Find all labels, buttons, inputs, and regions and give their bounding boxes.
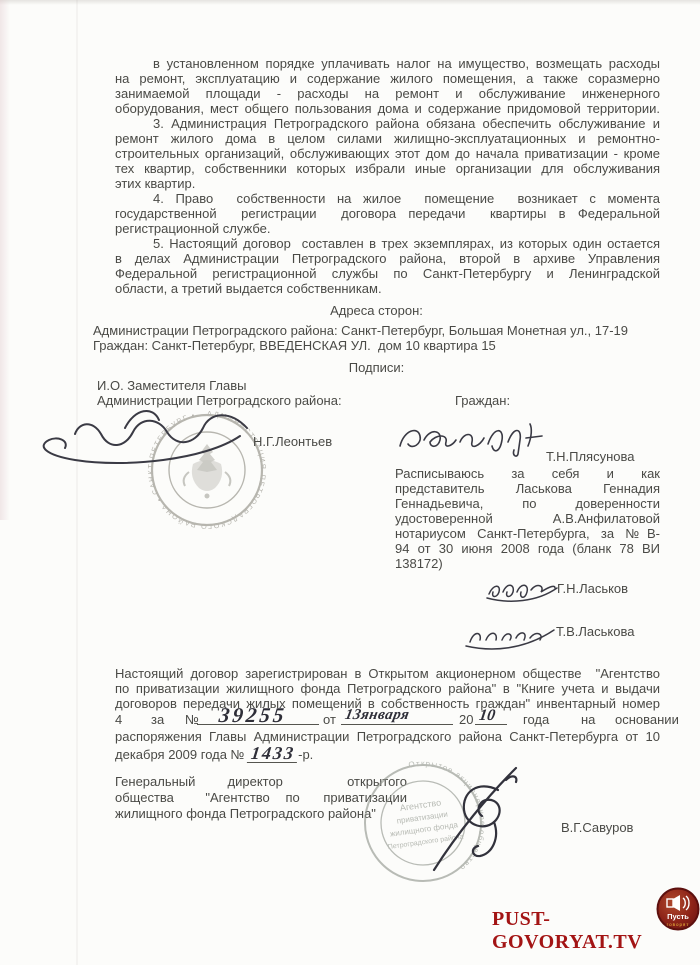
note-line: представитель Ласькова Геннадия bbox=[395, 481, 660, 496]
right-signatory-name-2: Г.Н.Ласьков bbox=[557, 581, 628, 596]
left-role-line: И.О. Заместителя Главы bbox=[97, 378, 397, 393]
clause-line: регистрационной службе. bbox=[115, 221, 660, 236]
clause-line: в делах Администрации Петроградского рай… bbox=[115, 251, 660, 266]
contract-clauses: в установленном порядке уплачивать налог… bbox=[115, 56, 660, 296]
addresses-heading: Адреса сторон: bbox=[93, 303, 660, 318]
handwritten-year: 10 bbox=[478, 707, 497, 725]
registration-line: распоряжения Главы Администрации Петрогр… bbox=[115, 729, 660, 744]
order-suffix: -р. bbox=[298, 747, 313, 762]
leontiev-signature bbox=[35, 398, 260, 478]
registration-line: по приватизации жилищного фонда Петрогра… bbox=[115, 681, 660, 696]
label-za: за bbox=[151, 712, 164, 727]
clause-line: тех квартир, собственники которых избрал… bbox=[115, 161, 660, 176]
handwritten-registration-number: 39255 bbox=[217, 703, 288, 728]
right-signatory-name-1: Т.Н.Плясунова bbox=[546, 449, 634, 464]
clause-line: в установленном порядке уплачивать налог… bbox=[115, 56, 660, 71]
registration-line-5-wrap: распоряжения Главы Администрации Петрогр… bbox=[115, 729, 660, 744]
note-line: удостоверенной А.В.Анфилатовой bbox=[395, 511, 660, 526]
note-line: нотариусом Санкт-Петербурга, за №В- bbox=[395, 526, 660, 541]
clause-line: Федеральной регистрационной службы по Са… bbox=[115, 266, 660, 281]
clause-line: ремонт жилого дома в целом силами жилищн… bbox=[115, 131, 660, 146]
signatures-heading-wrap: Подписи: bbox=[93, 360, 660, 375]
laskov-signature bbox=[485, 578, 560, 604]
label-na: на bbox=[581, 712, 595, 727]
label-goda: года bbox=[523, 712, 549, 727]
order-prefix: декабря 2009 года № bbox=[115, 747, 248, 762]
clause-line: строительных организаций, обслуживающих … bbox=[115, 146, 660, 161]
note-line: Геннадьевича, по доверенности bbox=[395, 496, 660, 511]
note-line: Расписываюсь за себя и как bbox=[395, 466, 660, 481]
clause-line: на ремонт, эксплуатацию и содержание жил… bbox=[115, 71, 660, 86]
clause-line: государственной регистрации договора пер… bbox=[115, 206, 660, 221]
handwritten-order-number: 1433 bbox=[247, 744, 299, 763]
scan-edge-top bbox=[0, 0, 700, 5]
label-osnovanii: основании bbox=[615, 712, 679, 727]
clause-line: 3. Администрация Петроградского района о… bbox=[115, 116, 660, 131]
handwritten-date: 13января bbox=[343, 707, 410, 724]
right-signatory-name-3: Т.В.Ласькова bbox=[556, 624, 634, 639]
signatures-heading: Подписи: bbox=[93, 360, 660, 375]
director-name: В.Г.Савуров bbox=[561, 820, 633, 835]
addresses-section: Адреса сторон: Администрации Петроградск… bbox=[93, 303, 660, 353]
right-signatory-heading: Граждан: bbox=[455, 393, 510, 408]
clause-line: области, а третий выдается собственникам… bbox=[115, 281, 660, 296]
plyasunova-signature bbox=[390, 416, 550, 462]
registration-fill-in-line: 4 за № 39255 от 13января 20 10 года на о… bbox=[115, 706, 660, 730]
address-administration: Администрации Петроградского района: Сан… bbox=[93, 323, 660, 338]
representative-note: Расписываюсь за себя и как представитель… bbox=[395, 466, 660, 571]
scanned-contract-page: в установленном порядке уплачивать налог… bbox=[0, 0, 700, 965]
clause-line: оборудования, мест общего пользования до… bbox=[115, 101, 660, 116]
clause-line: этих квартир. bbox=[115, 176, 660, 191]
inventory-number: 4 bbox=[115, 712, 122, 727]
clause-line: занимаемой площади - расходы на ремонт и… bbox=[115, 86, 660, 101]
watermark-site-text: PUST-GOVORYAT.TV bbox=[492, 908, 692, 954]
clause-line: 4. Право собственности на жилое помещени… bbox=[115, 191, 660, 206]
clause-line: 5. Настоящий договор составлен в трех эк… bbox=[115, 236, 660, 251]
scan-edge-left bbox=[0, 0, 10, 520]
note-line: 138172) bbox=[395, 556, 660, 571]
printed-year-prefix: 20 bbox=[459, 712, 473, 727]
savurov-signature bbox=[428, 762, 523, 874]
registration-line: Настоящий договор зарегистрирован в Откр… bbox=[115, 666, 660, 681]
address-citizens: Граждан: Санкт-Петербург, ВВЕДЕНСКАЯ УЛ.… bbox=[93, 338, 660, 353]
label-ot: от bbox=[323, 712, 336, 727]
left-signatory-name: Н.Г.Леонтьев bbox=[253, 434, 332, 449]
laskova-signature bbox=[462, 622, 557, 650]
note-line: 94 от 30 июня 2008 года (бланк 78 ВИ bbox=[395, 541, 660, 556]
scan-crease bbox=[76, 0, 78, 965]
